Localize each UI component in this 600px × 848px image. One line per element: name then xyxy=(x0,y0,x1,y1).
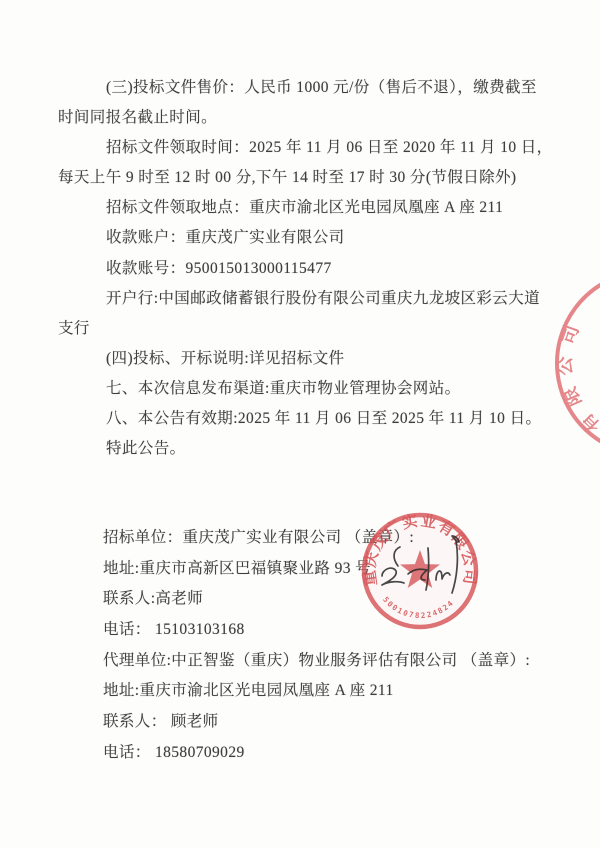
text-line: 每天上午 9 时至 12 时 00 分,下午 14 时至 17 时 30 分(节… xyxy=(58,163,553,193)
signature-stroke xyxy=(452,541,457,593)
signature-stroke xyxy=(436,571,450,580)
text-line: 联系人： 顾老师 xyxy=(103,707,530,738)
signature-stroke xyxy=(408,569,427,580)
text-line: 特此公告。 xyxy=(58,434,553,464)
text-line: 时间同报名截止时间。 xyxy=(58,103,553,133)
text-line: 招标文件领取时间：2025 年 11 月 06 日至 2020 年 11 月 1… xyxy=(58,133,553,163)
edge-seal-company-text: 重庆茂广实业有限公司 xyxy=(549,312,600,463)
text-line: 七、本次信息发布渠道:重庆市物业管理协会网站。 xyxy=(58,374,553,404)
text-line: (四)投标、开标说明:详见招标文件 xyxy=(58,344,553,374)
text-line: 开户行:中国邮政储蓄银行股份有限公司重庆九龙坡区彩云大道 xyxy=(58,284,553,314)
text-line: 收款账户：重庆茂广实业有限公司 xyxy=(58,223,553,253)
text-line: (三)投标文件售价：人民币 1000 元/份（售后不退），缴费截至 xyxy=(58,73,553,103)
text-line: 支行 xyxy=(58,314,553,344)
signature-stroke xyxy=(394,547,400,566)
text-line: 收款账号：950015013000115477 xyxy=(58,254,553,284)
signature-stroke xyxy=(382,568,404,585)
svg-text:重庆茂广实业有限公司: 重庆茂广实业有限公司 xyxy=(549,312,600,463)
text-line: 代理单位:中正智鉴（重庆）物业服务评估有限公司 （盖章）: xyxy=(103,646,530,677)
text-line: 电话： 18580709029 xyxy=(103,738,530,769)
partial-edge-seal-stamp: 重庆茂广实业有限公司 xyxy=(549,263,600,463)
text-line: 招标文件领取地点：重庆市渝北区光电园凤凰座 A 座 211 xyxy=(58,193,553,223)
signature-stroke xyxy=(426,548,429,590)
announcement-body: (三)投标文件售价：人民币 1000 元/份（售后不退），缴费截至时间同报名截止… xyxy=(58,73,553,464)
text-line: 八、本公告有效期:2025 年 11 月 06 日至 2025 年 11 月 1… xyxy=(58,404,553,434)
text-line: 地址:重庆市渝北区光电园凤凰座 A 座 211 xyxy=(103,676,530,707)
handwritten-signature xyxy=(372,528,472,603)
scanned-document-page: (三)投标文件售价：人民币 1000 元/份（售后不退），缴费截至时间同报名截止… xyxy=(0,0,600,848)
